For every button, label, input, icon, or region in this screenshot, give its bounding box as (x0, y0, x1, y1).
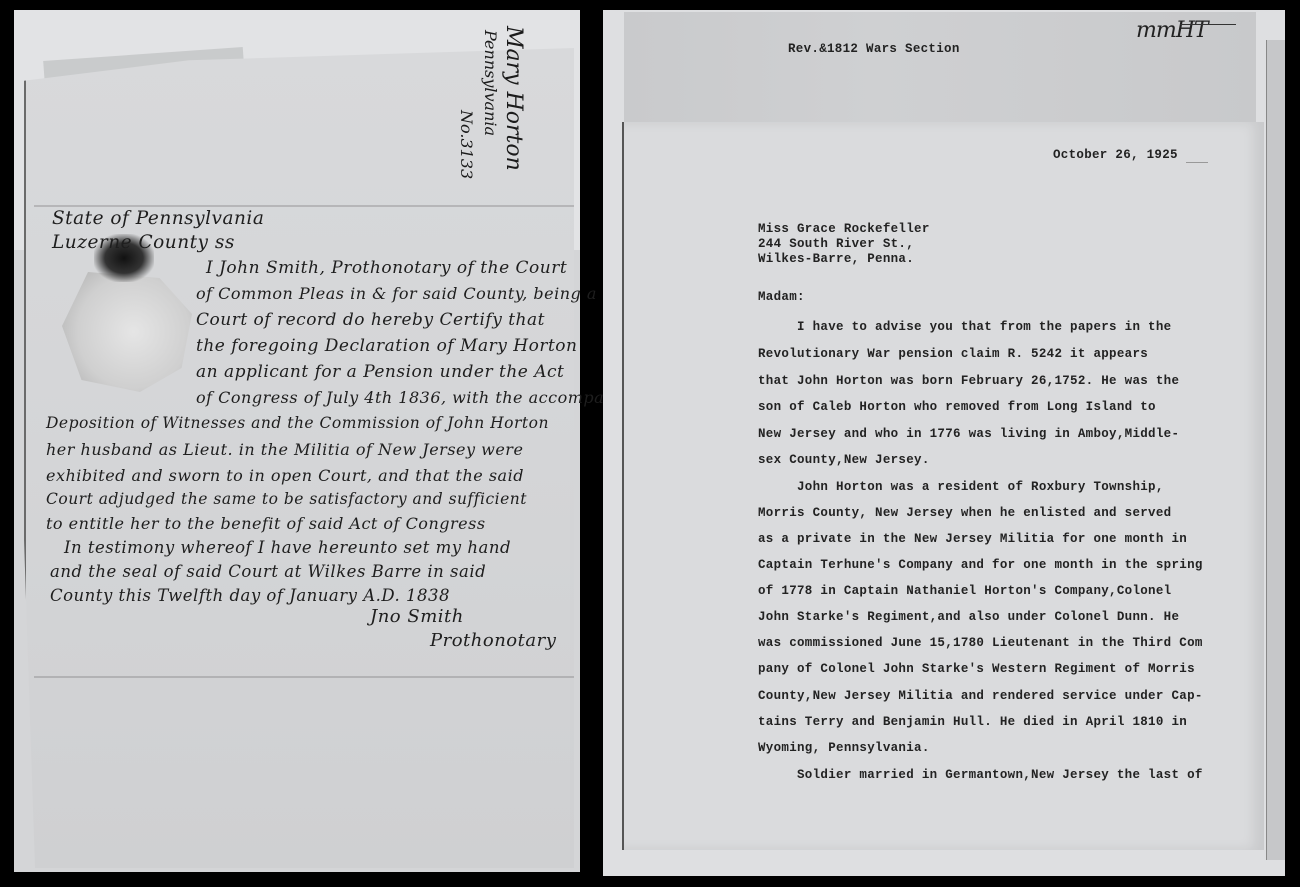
letter-line: sex County,New Jersey. (758, 453, 930, 467)
manuscript-line: the foregoing Declaration of Mary Horton (196, 336, 577, 356)
section-header: Rev.&1812 Wars Section (788, 42, 960, 56)
manuscript-signature-title: Prothonotary (430, 630, 556, 651)
manuscript-line: her husband as Lieut. in the Militia of … (46, 440, 523, 459)
fold-crease (34, 676, 574, 678)
letter-line: pany of Colonel John Starke's Western Re… (758, 662, 1195, 676)
manuscript-line: Court of record do hereby Certify that (196, 310, 545, 330)
manuscript-line: an applicant for a Pension under the Act (196, 362, 564, 382)
manuscript-line: I John Smith, Prothonotary of the Court (206, 258, 567, 278)
letter-line: tains Terry and Benjamin Hull. He died i… (758, 715, 1187, 729)
endorsement-number: No.3133 (457, 110, 476, 179)
manuscript-state-heading: State of Pennsylvania (52, 208, 264, 229)
manuscript-line: Deposition of Witnesses and the Commissi… (46, 414, 549, 432)
letter-line: was commissioned June 15,1780 Lieutenant… (758, 636, 1203, 650)
letter-line: I have to advise you that from the paper… (758, 320, 1171, 334)
letter-line: John Starke's Regiment,and also under Co… (758, 610, 1179, 624)
manuscript-line: and the seal of said Court at Wilkes Bar… (50, 562, 486, 581)
manuscript-line: exhibited and sworn to in open Court, an… (46, 466, 524, 485)
manuscript-line: to entitle her to the benefit of said Ac… (46, 514, 486, 533)
letter-line: Wyoming, Pennsylvania. (758, 741, 930, 755)
date-underline (1186, 162, 1208, 163)
addressee-street: 244 South River St., (758, 237, 914, 252)
manuscript-line: In testimony whereof I have hereunto set… (64, 538, 511, 557)
endorsement-name: Mary Horton (501, 26, 526, 171)
letter-line: as a private in the New Jersey Militia f… (758, 532, 1187, 546)
fold-crease (34, 205, 574, 207)
letter-line: Soldier married in Germantown,New Jersey… (758, 768, 1203, 782)
manuscript-county-heading: Luzerne County ss (52, 232, 235, 253)
letter-line: of 1778 in Captain Nathaniel Horton's Co… (758, 584, 1171, 598)
addressee-city: Wilkes-Barre, Penna. (758, 252, 914, 267)
letter-line: son of Caleb Horton who removed from Lon… (758, 400, 1156, 414)
letter-line: John Horton was a resident of Roxbury To… (758, 480, 1164, 494)
paper-stack-edge (1266, 40, 1285, 860)
letter-date: October 26, 1925 (1053, 148, 1178, 162)
letter-line: Revolutionary War pension claim R. 5242 … (758, 347, 1148, 361)
letter-line: Morris County, New Jersey when he enlist… (758, 506, 1171, 520)
letter-line: New Jersey and who in 1776 was living in… (758, 427, 1179, 441)
endorsement-state: Pennsylvania (481, 30, 500, 136)
addressee-name: Miss Grace Rockefeller (758, 222, 930, 237)
letter-line: that John Horton was born February 26,17… (758, 374, 1179, 388)
file-mark: mmHT (1136, 18, 1208, 43)
manuscript-line: County this Twelfth day of January A.D. … (50, 586, 450, 605)
manuscript-signature: Jno Smith (370, 606, 464, 627)
manuscript-line: Court adjudged the same to be satisfacto… (46, 490, 527, 508)
letter-line: County,New Jersey Militia and rendered s… (758, 689, 1203, 703)
manuscript-line: of Common Pleas in & for said County, be… (196, 284, 597, 303)
letter-line: Captain Terhune's Company and for one mo… (758, 558, 1203, 572)
salutation: Madam: (758, 290, 805, 304)
manuscript-line: of Congress of July 4th 1836, with the a… (196, 388, 625, 407)
